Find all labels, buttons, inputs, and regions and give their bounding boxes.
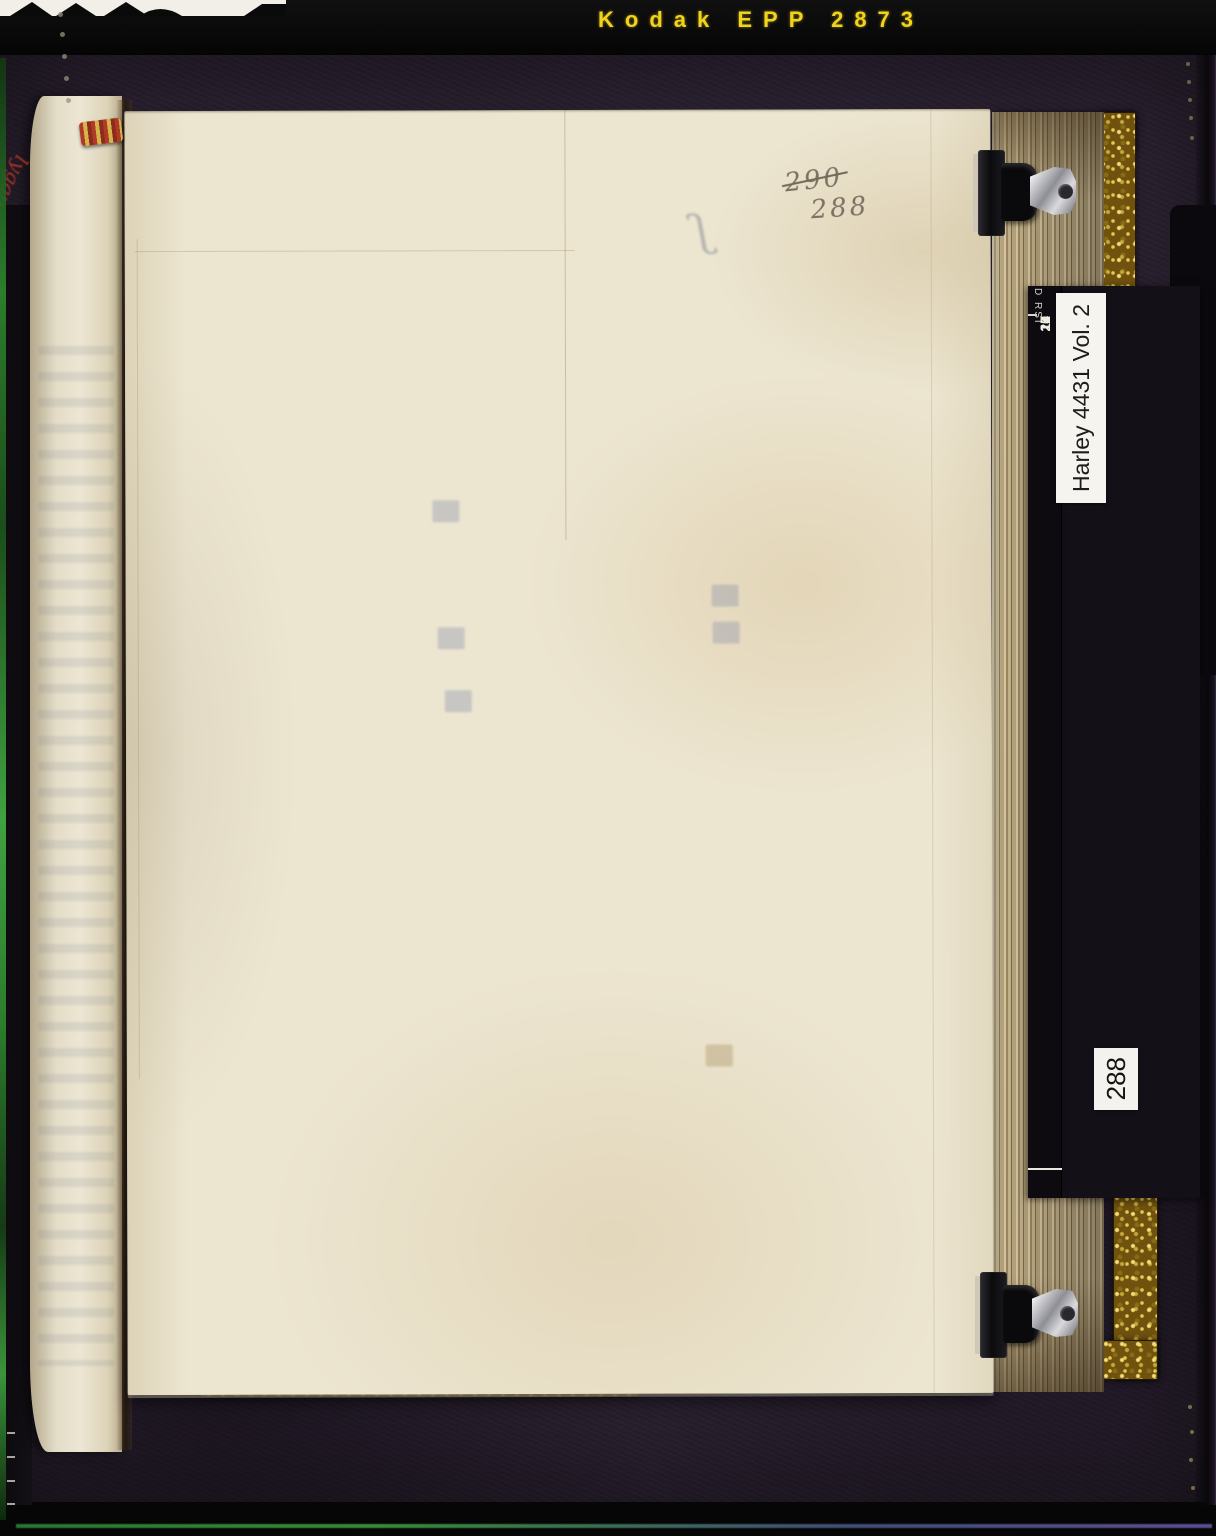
initial-showthrough [712,585,739,607]
showthrough-column-right: comment la belle ne sy traitie se sayune… [585,235,935,236]
binder-clip-top [978,148,1080,240]
clip-handle-hole [1058,184,1073,199]
film-edge-green [0,58,6,1520]
ruler-cm-number: 1 [1037,316,1053,324]
gilt-border-right-top [1099,112,1136,294]
speck [1190,136,1194,140]
initial-showthrough [432,500,459,522]
photograph-of-manuscript: Kodak EPP 2873 lygau 290 288 ʃ elle heus… [0,0,1216,1536]
speck [1189,1458,1193,1462]
film-edge-bottom [16,1524,1212,1528]
endband [79,118,124,147]
shelfmark-label: Harley 4431 Vol. 2 [1056,293,1106,503]
speck [66,98,71,103]
folio-sticker-text: 288 [1101,1057,1132,1100]
showthrough-line: tout as son mame [453,248,461,273]
initial-showthrough [706,1045,733,1067]
film-mark [7,1456,15,1458]
film-mark [7,1432,15,1434]
ruling-line [564,110,566,540]
scale-bar: D RSI 2524232221201918171615141312111098… [1028,286,1200,1198]
film-mark [7,1480,15,1482]
ruling-line [137,239,140,1079]
speck [64,76,69,81]
speck [1186,62,1190,66]
flourish-showthrough: ʃ [691,205,710,257]
film-notch-code-icon [0,0,300,20]
folio-number: 288 [810,191,871,225]
speck [1191,1486,1195,1490]
speck [1190,1430,1194,1434]
speck [60,32,65,37]
initial-showthrough [445,690,472,712]
initial-showthrough [438,627,465,649]
speck [1188,1405,1192,1409]
folio-sticker: 288 [1094,1048,1138,1110]
showthrough-column-left: elle heust et comment elle conmsistrea l… [139,248,461,249]
clip-handle-hole [1060,1306,1075,1321]
binder-clip-bottom [980,1270,1082,1362]
speck [1187,80,1191,84]
speck [58,12,63,17]
facing-page-showthrough [38,346,114,1366]
kodak-film-label: Kodak EPP 2873 [598,7,924,33]
speck [62,54,67,59]
initial-showthrough [713,622,740,644]
facing-page-edge: lygau [30,96,122,1452]
film-mark [7,1503,15,1505]
speck [1188,98,1192,102]
parchment-page: 290 288 ʃ elle heust et comment elle con… [124,109,993,1395]
ruling-line [930,109,934,1393]
shelfmark-text: Harley 4431 Vol. 2 [1068,304,1095,492]
showthrough-line: Item les second comment les vje sont [927,235,935,260]
speck [1189,116,1193,120]
ruling-line [135,250,575,252]
ruler-stub [1028,1168,1062,1198]
